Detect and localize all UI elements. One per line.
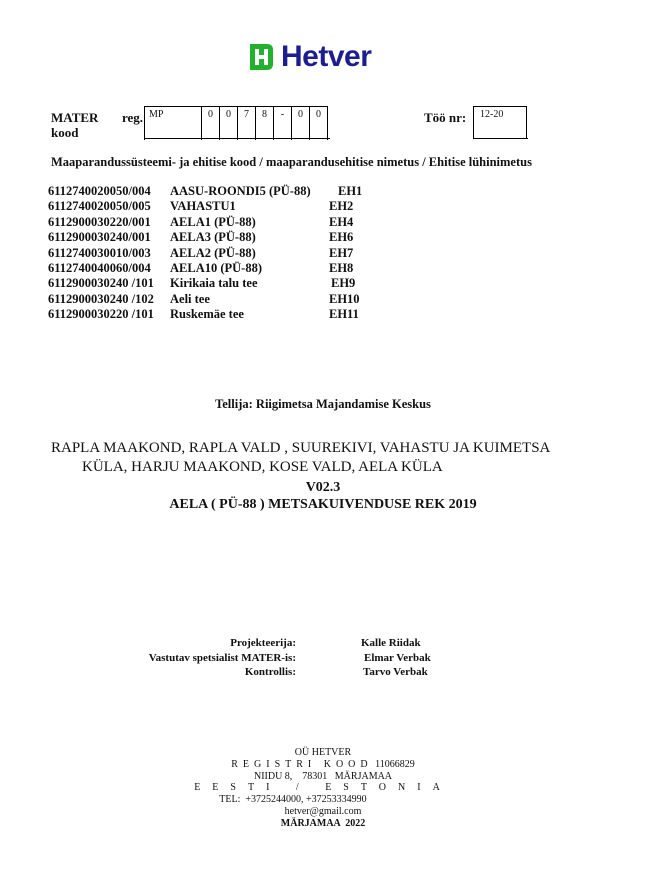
structure-short-name: EH1 [338,184,362,199]
kood-label-word: kood [51,125,143,140]
structure-short-name: EH9 [331,276,355,291]
registry-label: REGISTRI KOOD [231,759,372,770]
structures-heading: Maaparandussüsteemi- ja ehitise kood / m… [51,155,532,170]
structure-code: 6112900030240/001 [48,230,151,245]
footer-country: EESTI / ESTONIA [0,782,646,794]
structure-name: AELA1 (PÜ-88) [170,215,256,230]
location-line-1: RAPLA MAAKOND, RAPLA VALD , SUUREKIVI, V… [51,440,550,457]
structure-short-name: EH11 [329,307,359,322]
role-label: Projekteerija: [0,636,296,651]
structure-name: Aeli tee [170,292,210,307]
reg-code-cell: - [274,107,292,141]
structure-short-name: EH7 [329,246,353,261]
structure-short-name: EH8 [329,261,353,276]
reg-code-cell: 0 [220,107,238,141]
too-nr-value: 12-20 [473,106,527,138]
structure-name: AASU-ROONDI5 (PÜ-88) [170,184,311,199]
role-label: Vastutav spetsialist MATER-is: [0,651,296,666]
registry-code: 11066829 [375,759,415,770]
client-line: Tellija: Riigimetsa Majandamise Keskus [0,397,646,412]
logo-text: Hetver [281,42,371,72]
structure-short-name: EH2 [329,199,353,214]
mater-reg-kood-label: MATERreg. kood [51,110,143,140]
roles-names: Kalle RiidakElmar VerbakTarvo Verbak [361,636,431,680]
footer-company: OÜ HETVER [0,747,646,759]
structure-name: Ruskemäe tee [170,307,244,322]
too-nr-label: Töö nr: [424,110,466,126]
structure-name: AELA10 (PÜ-88) [170,261,262,276]
project-title: AELA ( PÜ-88 ) METSAKUIVENDUSE REK 2019 [0,497,646,513]
reg-code-table: MP0078-00 [144,106,328,140]
roles-labels: Projekteerija:Vastutav spetsialist MATER… [0,636,296,680]
footer-registry: REGISTRI KOOD 11066829 [0,759,646,771]
structure-short-name: EH10 [329,292,360,307]
reg-code-cell: 0 [202,107,220,141]
structure-name: Kirikaia talu tee [170,276,258,291]
mater-label-word: MATER [51,110,98,125]
company-logo: Hetver [248,40,371,74]
structure-code: 6112740020050/004 [48,184,151,199]
version-label: V02.3 [0,480,646,496]
footer-email: hetver@gmail.com [0,806,646,818]
structure-code: 6112740040060/004 [48,261,151,276]
reg-code-cell: 0 [310,107,328,141]
structure-short-name: EH6 [329,230,353,245]
role-label: Kontrollis: [0,665,296,680]
structure-name: AELA2 (PÜ-88) [170,246,256,261]
structure-code: 6112900030220 /101 [48,307,154,322]
reg-code-table-bottom-line [144,138,330,139]
reg-code-cell: 7 [238,107,256,141]
structure-code: 6112740020050/005 [48,199,151,214]
hetver-h-logo-icon [248,42,275,72]
role-person: Kalle Riidak [361,636,431,651]
company-footer: OÜ HETVER REGISTRI KOOD 11066829 NIIDU 8… [0,747,646,830]
structure-short-name: EH4 [329,215,353,230]
location-line-2: KÜLA, HARJU MAAKOND, KOSE VALD, AELA KÜL… [82,459,443,476]
reg-code-cell: 0 [292,107,310,141]
structure-code: 6112900030220/001 [48,215,151,230]
footer-place-year: MÄRJAMAA 2022 [0,818,646,830]
role-person: Tarvo Verbak [361,665,431,680]
structure-code: 6112900030240 /102 [48,292,154,307]
reg-code-cell: MP [145,107,202,141]
structure-name: AELA3 (PÜ-88) [170,230,256,245]
structure-name: VAHASTU1 [170,199,236,214]
structure-code: 6112900030240 /101 [48,276,154,291]
reg-label-word: reg. [122,110,143,125]
role-person: Elmar Verbak [361,651,431,666]
reg-code-cell: 8 [256,107,274,141]
structure-code: 6112740030010/003 [48,246,151,261]
too-nr-box-bottom-line [473,138,528,139]
footer-phone: TEL: +3725244000, +37253334990 [0,794,586,806]
footer-address: NIIDU 8, 78301 MÄRJAMAA [0,771,646,783]
